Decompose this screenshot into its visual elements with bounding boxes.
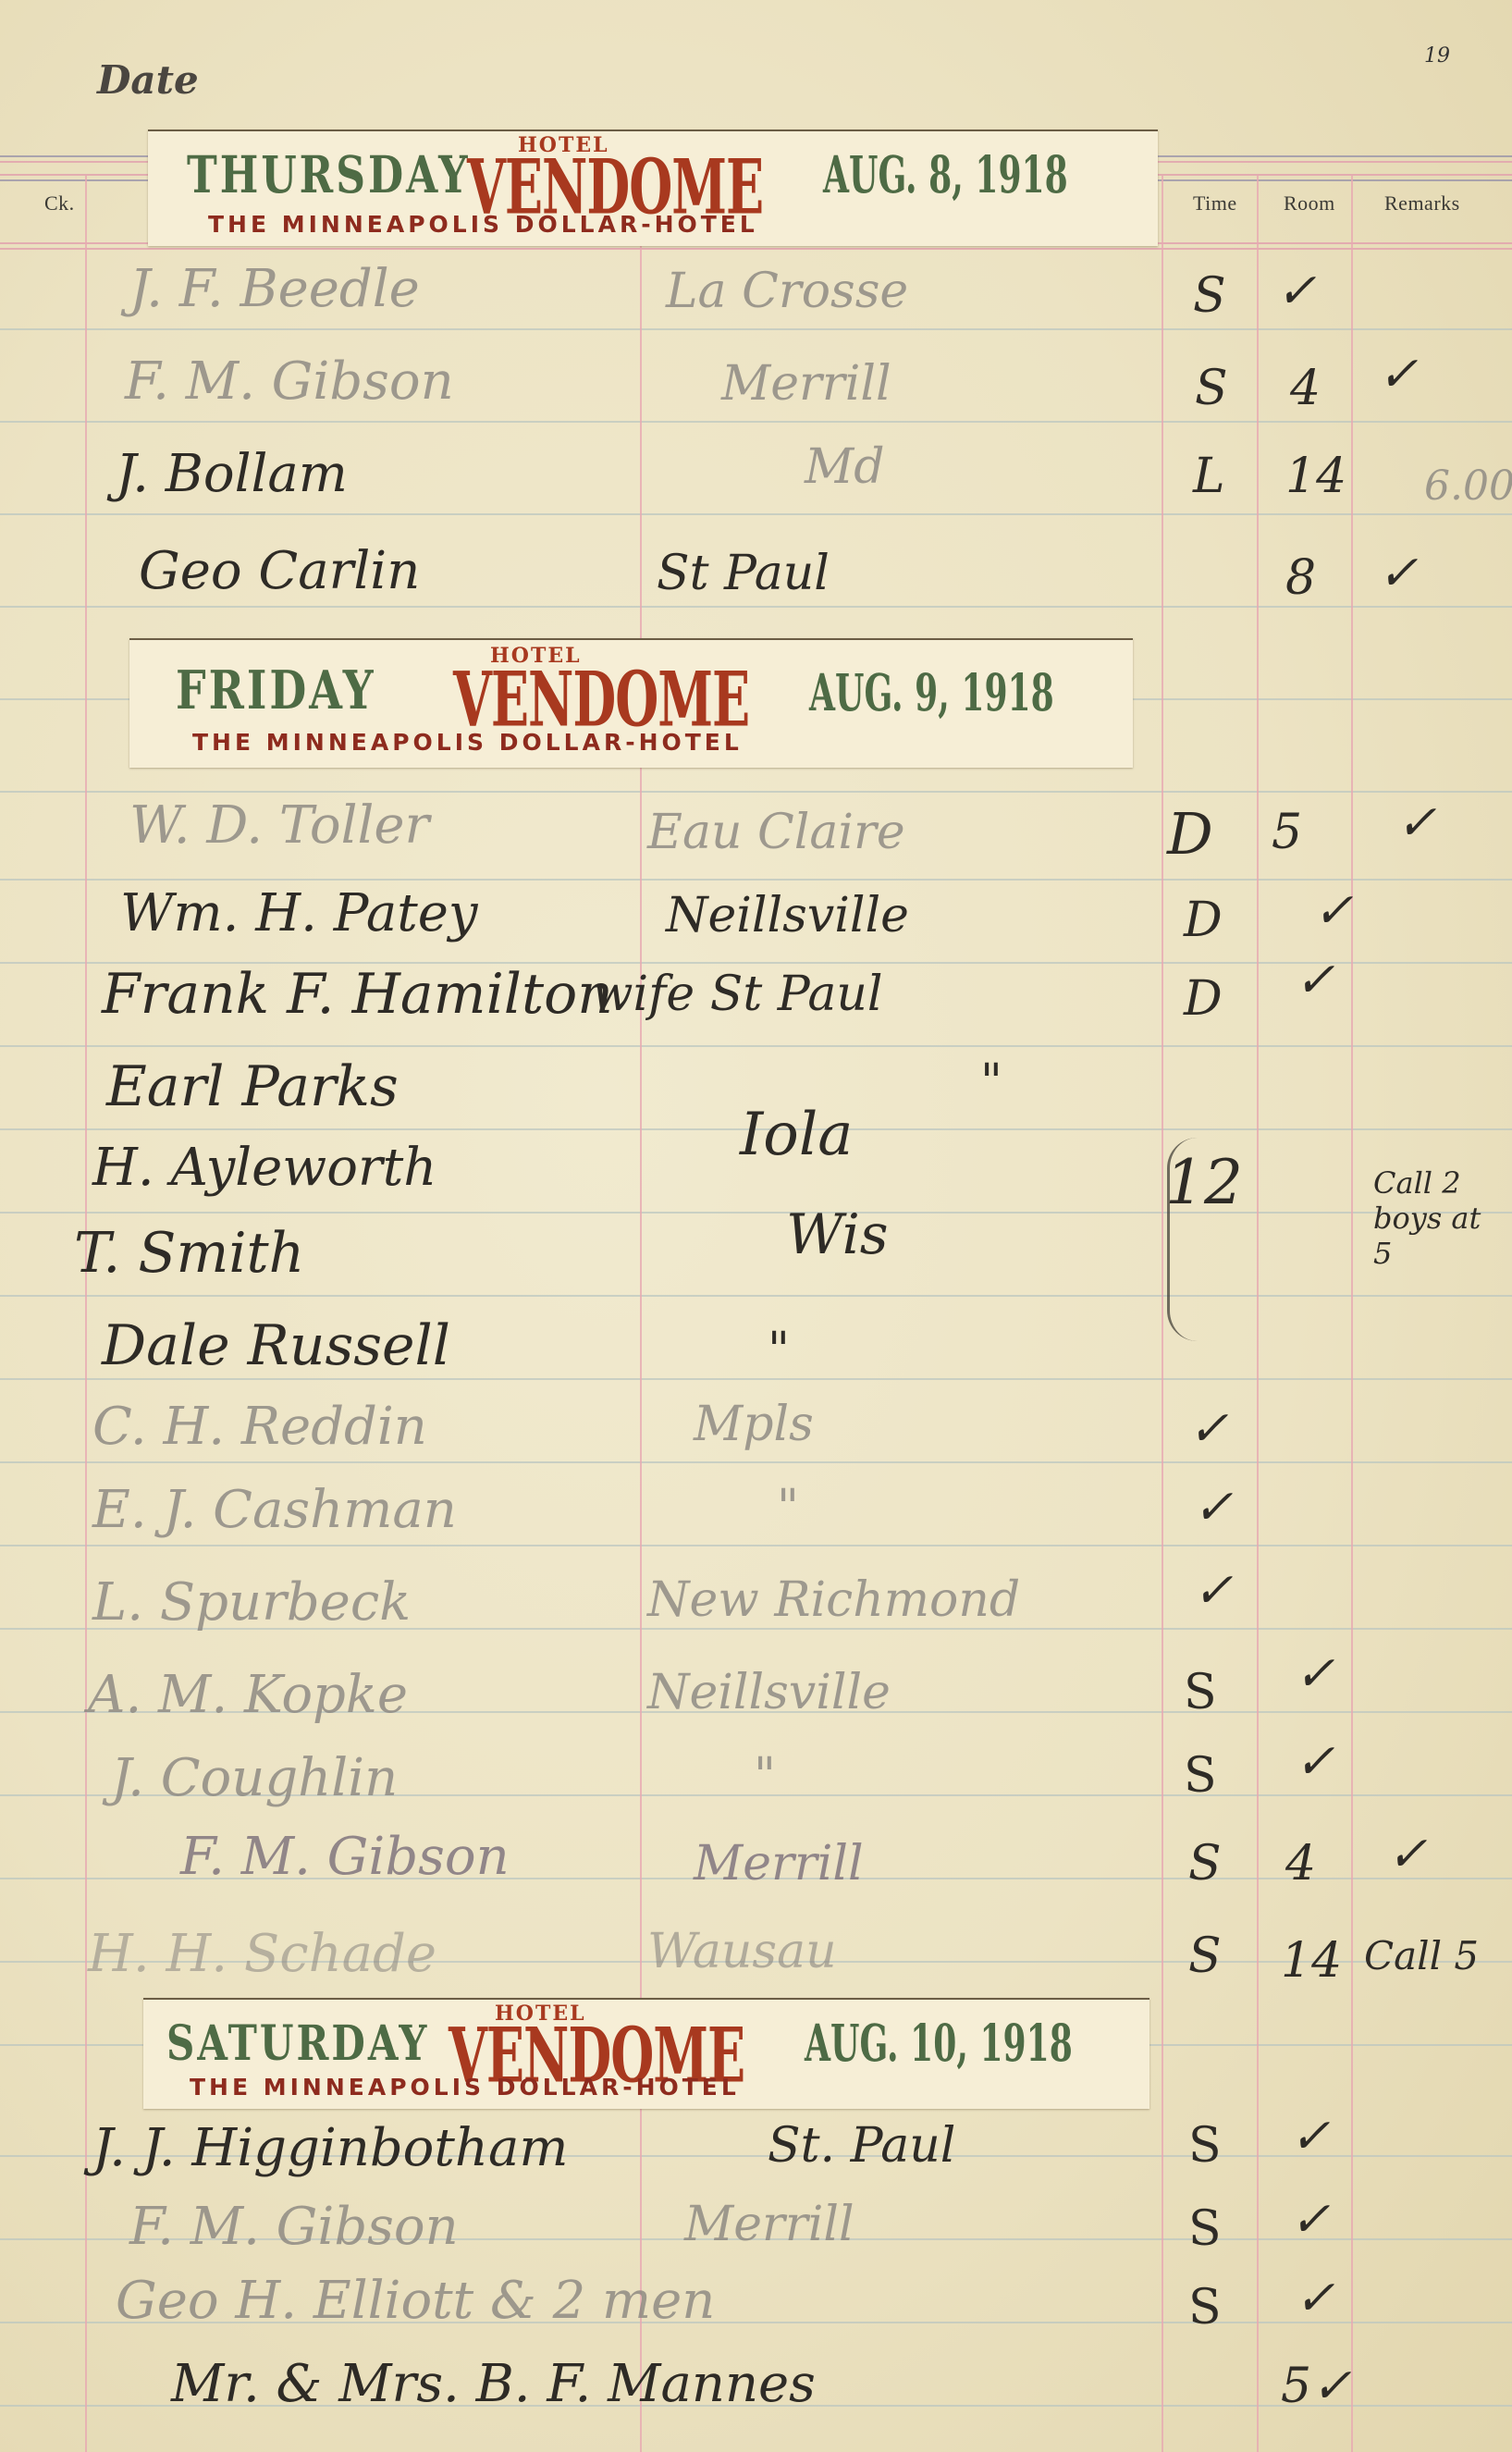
strip-date: AUG. 10, 1918 [805, 2015, 1073, 2074]
check-mark-icon: ✓ [1295, 953, 1335, 1008]
guest-name: J. Bollam [116, 444, 348, 504]
guest-residence: New Richmond [647, 1572, 1020, 1628]
guest-residence: Iola [740, 1101, 853, 1169]
time-cell: D [1184, 971, 1223, 1027]
time-cell: S [1188, 2280, 1222, 2335]
guest-name: E. J. Cashman [92, 1480, 457, 1540]
guest-residence: La Crosse [666, 264, 908, 319]
guest-name: Wm. H. Patey [120, 883, 478, 943]
column-header-check: Ck. [44, 191, 75, 216]
guest-name: C. H. Reddin [92, 1397, 427, 1457]
strip-tagline: THE MINNEAPOLIS DOLLAR-HOTEL [192, 729, 743, 756]
strip-day: THURSDAY [187, 146, 471, 205]
remarks-cell: Call 2 boys at 5 [1373, 1165, 1503, 1271]
time-cell: S [1188, 2201, 1222, 2257]
time-cell: S [1188, 1928, 1222, 1984]
guest-residence: " [754, 1748, 776, 1804]
guest-residence: Wis [786, 1202, 889, 1267]
strip-day: SATURDAY [166, 2015, 429, 2071]
guest-residence: Mpls [694, 1397, 814, 1452]
guest-name: F. M. Gibson [129, 2197, 459, 2257]
guest-name: A. M. Kopke [88, 1665, 408, 1725]
room-cell: 8 [1285, 550, 1316, 606]
guest-residence: Neillsville [647, 1665, 891, 1720]
guest-residence: Wausau [647, 1924, 837, 1979]
guest-residence: " [768, 1323, 790, 1378]
column-header-room: Room [1284, 191, 1335, 216]
guest-name: Mr. & Mrs. B. F. Mannes [171, 2354, 816, 2414]
check-mark-icon: ✓ [1295, 2271, 1335, 2326]
time-cell: S [1184, 1665, 1217, 1720]
check-mark-icon: ✓ [1313, 883, 1354, 939]
check-mark-icon: ✓ [1290, 2192, 1331, 2248]
guest-name: Frank F. Hamilton [102, 962, 613, 1027]
guest-name: J. J. Higginbotham [92, 2118, 568, 2178]
time-cell: D [1167, 800, 1213, 868]
column-header-remarks: Remarks [1384, 191, 1460, 216]
guest-name: T. Smith [74, 1221, 304, 1286]
room-cell: 5 [1272, 805, 1302, 860]
check-mark-icon: ✓ [1188, 1401, 1229, 1457]
guest-name: Earl Parks [106, 1054, 399, 1119]
check-mark-icon: ✓ [1193, 1563, 1234, 1619]
check-mark-icon: ✓ [1396, 795, 1437, 851]
guest-name: L. Spurbeck [92, 1572, 411, 1633]
strip-day: FRIDAY [176, 659, 376, 721]
check-mark-icon: ✓ [1378, 546, 1419, 601]
check-mark-icon: ✓ [1290, 2109, 1331, 2164]
guest-name: Geo Carlin [139, 541, 420, 601]
guest-name: Geo H. Elliott & 2 men [116, 2271, 715, 2331]
remarks-cell: 6.00 [1424, 462, 1512, 510]
check-mark-icon: ✓ [1387, 1827, 1428, 1882]
time-cell: S [1188, 1836, 1222, 1891]
time-cell: S [1193, 268, 1226, 324]
strip-tagline: THE MINNEAPOLIS DOLLAR-HOTEL [190, 2074, 740, 2101]
check-mark-icon: ✓ [1193, 1480, 1234, 1535]
brace-bracket [1167, 1138, 1198, 1341]
guest-name: F. M. Gibson [180, 1827, 510, 1887]
strip-date: AUG. 9, 1918 [809, 664, 1054, 723]
guest-name: F. M. Gibson [125, 351, 454, 412]
guest-name: W. D. Toller [129, 795, 429, 856]
page-mark: 19 [1424, 44, 1450, 68]
room-cell: 14 [1285, 449, 1346, 504]
date-strip-friday: FRIDAY HOTEL VENDOME AUG. 9, 1918 THE MI… [129, 638, 1133, 768]
guest-name: H. Ayleworth [92, 1138, 436, 1198]
guest-residence: St Paul [657, 546, 830, 601]
time-cell: S [1195, 361, 1228, 416]
remarks-cell: Call 5 [1364, 1933, 1479, 1978]
room-cell: 4 [1290, 361, 1321, 416]
date-strip-thursday: THURSDAY HOTEL VENDOME AUG. 8, 1918 THE … [148, 129, 1158, 246]
guest-name: H. H. Schade [88, 1924, 436, 1984]
guest-residence: Merrill [721, 356, 891, 412]
guest-residence: " [980, 1054, 1002, 1110]
guest-residence: Neillsville [666, 888, 909, 943]
check-mark-icon: ✓ [1295, 1646, 1335, 1702]
guest-residence: wife St Paul [592, 967, 883, 1022]
strip-date: AUG. 8, 1918 [823, 146, 1068, 205]
guest-residence: " [777, 1480, 799, 1535]
guest-residence: Eau Claire [647, 805, 905, 860]
check-mark-icon: ✓ [1295, 1734, 1335, 1790]
time-cell: L [1193, 449, 1225, 504]
room-cell: 14 [1281, 1933, 1342, 1989]
room-cell: 5✓ [1281, 2359, 1352, 2414]
guest-residence: Merrill [694, 1836, 864, 1891]
date-strip-saturday: SATURDAY HOTEL VENDOME AUG. 10, 1918 THE… [143, 1998, 1149, 2109]
room-cell: 4 [1285, 1836, 1316, 1891]
time-cell: D [1184, 893, 1223, 948]
guest-name: Dale Russell [102, 1313, 450, 1378]
guest-name: J. F. Beedle [129, 259, 420, 319]
guest-name: J. Coughlin [111, 1748, 398, 1808]
date-heading: Date [97, 57, 199, 103]
time-cell: S [1184, 1748, 1217, 1804]
guest-residence: Md [805, 439, 885, 495]
guest-residence: St. Paul [768, 2118, 955, 2174]
strip-tagline: THE MINNEAPOLIS DOLLAR-HOTEL [208, 211, 758, 238]
column-header-time: Time [1193, 191, 1237, 216]
check-mark-icon: ✓ [1378, 347, 1419, 402]
time-cell: S [1188, 2118, 1222, 2174]
guest-residence: Merrill [684, 2197, 854, 2252]
check-mark-icon: ✓ [1276, 264, 1317, 319]
